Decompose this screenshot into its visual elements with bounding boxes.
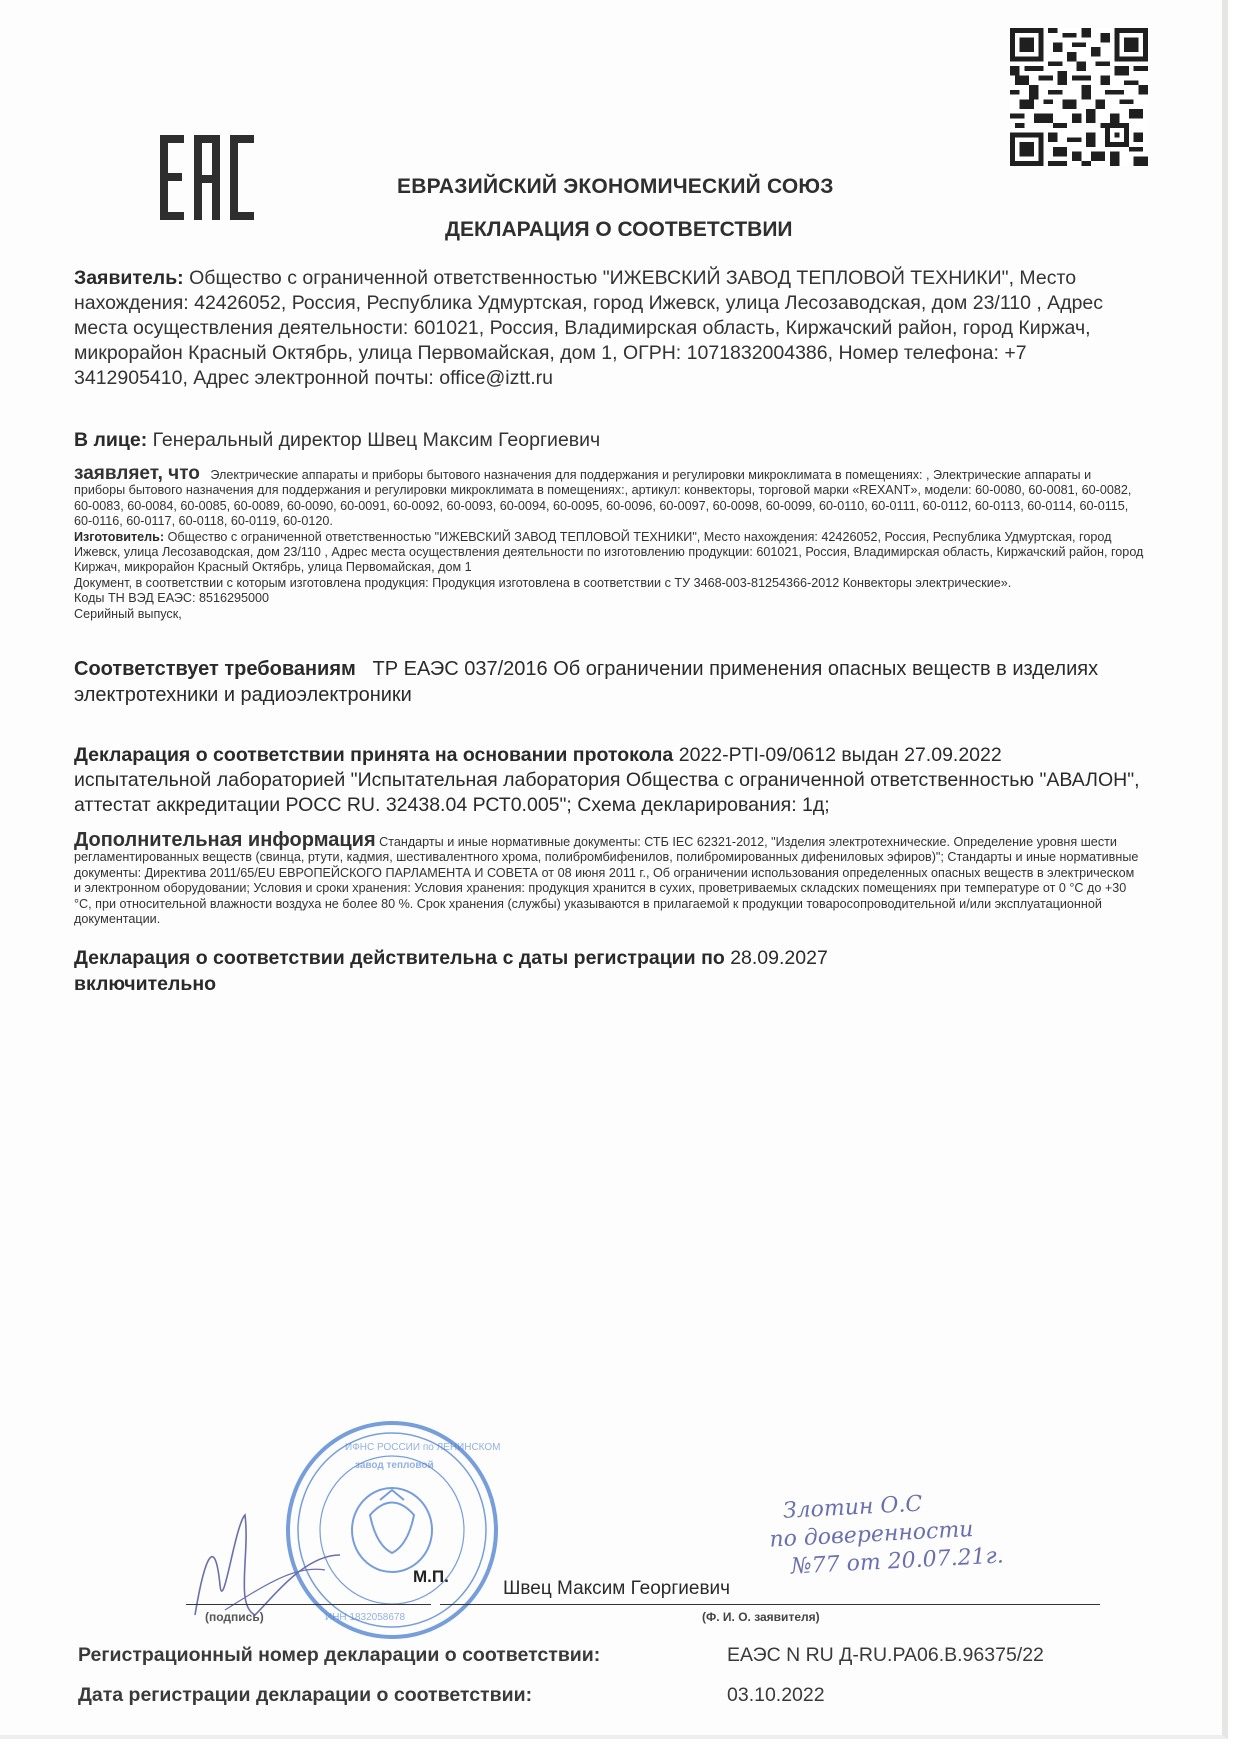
validity-date: 28.09.2027 [730,947,828,969]
declares-section: заявляет, что Электрические аппараты и п… [74,466,1144,622]
represented-by-text: Генеральный директор Швец Максим Георгие… [153,429,601,451]
conformity-section: Соответствует требованиям ТР ЕАЭС 037/20… [74,656,1144,708]
production-document: Документ, в соответствии с которым изгот… [74,576,1144,591]
svg-text:ИФНС РОССИИ по ЛЕНИНСКОМУ: ИФНС РОССИИ по ЛЕНИНСКОМУ [345,1442,500,1453]
basis-section: Декларация о соответствии принята на осн… [74,743,1144,818]
applicant-section: Заявитель: Общество с ограниченной ответ… [74,266,1134,391]
basis-label: Декларация о соответствии принята на осн… [74,744,673,766]
validity-suffix: включительно [74,973,216,995]
represented-by-label: В лице: [74,429,147,451]
union-title: ЕВРАЗИЙСКИЙ ЭКОНОМИЧЕСКИЙ СОЮЗ [397,175,834,199]
registration-number-label: Регистрационный номер декларации о соотв… [78,1644,600,1667]
manufacturer-text: Общество с ограниченной ответственностью… [74,530,1143,575]
applicant-full-name: Швец Максим Георгиевич [503,1578,730,1600]
name-line [440,1604,1100,1605]
registration-date-label: Дата регистрации декларации о соответств… [78,1684,532,1707]
qr-code-icon [1010,28,1148,166]
declares-label: заявляет, что [74,463,200,484]
product-description: Электрические аппараты и приборы бытовог… [74,468,1131,528]
document-title: ДЕКЛАРАЦИЯ О СООТВЕТСТВИИ [445,218,793,242]
eac-logo-icon [160,135,255,220]
svg-text:завод тепловой: завод тепловой [355,1460,434,1471]
signature-line [186,1604,431,1605]
signature-icon [185,1495,375,1625]
signature-caption: (подпись) [205,1610,264,1624]
serial-release: Серийный выпуск, [74,607,1144,622]
validity-label: Декларация о соответствии действительна … [74,947,725,969]
handwritten-note: Злотин О.С по доверенности №77 от 20.07.… [767,1481,1102,1608]
registration-date-value: 03.10.2022 [727,1684,825,1707]
additional-info-section: Дополнительная информация Стандарты и ин… [74,833,1144,927]
applicant-text: Общество с ограниченной ответственностью… [74,267,1103,389]
additional-info-label: Дополнительная информация [74,829,376,851]
registration-number-value: ЕАЭС N RU Д-RU.PA06.B.96375/22 [727,1644,1044,1667]
manufacturer-label: Изготовитель: [74,530,164,544]
applicant-label: Заявитель: [74,267,184,289]
represented-by-section: В лице: Генеральный директор Швец Максим… [74,428,1134,453]
validity-section: Декларация о соответствии действительна … [74,945,1144,997]
full-name-caption: (Ф. И. О. заявителя) [702,1610,820,1624]
declaration-page: ЕВРАЗИЙСКИЙ ЭКОНОМИЧЕСКИЙ СОЮЗ ДЕКЛАРАЦИ… [0,0,1228,1739]
hs-codes: Коды ТН ВЭД ЕАЭС: 8516295000 [74,591,1144,606]
seal-place-label: М.П. [413,1567,449,1587]
conformity-label: Соответствует требованиям [74,658,356,680]
